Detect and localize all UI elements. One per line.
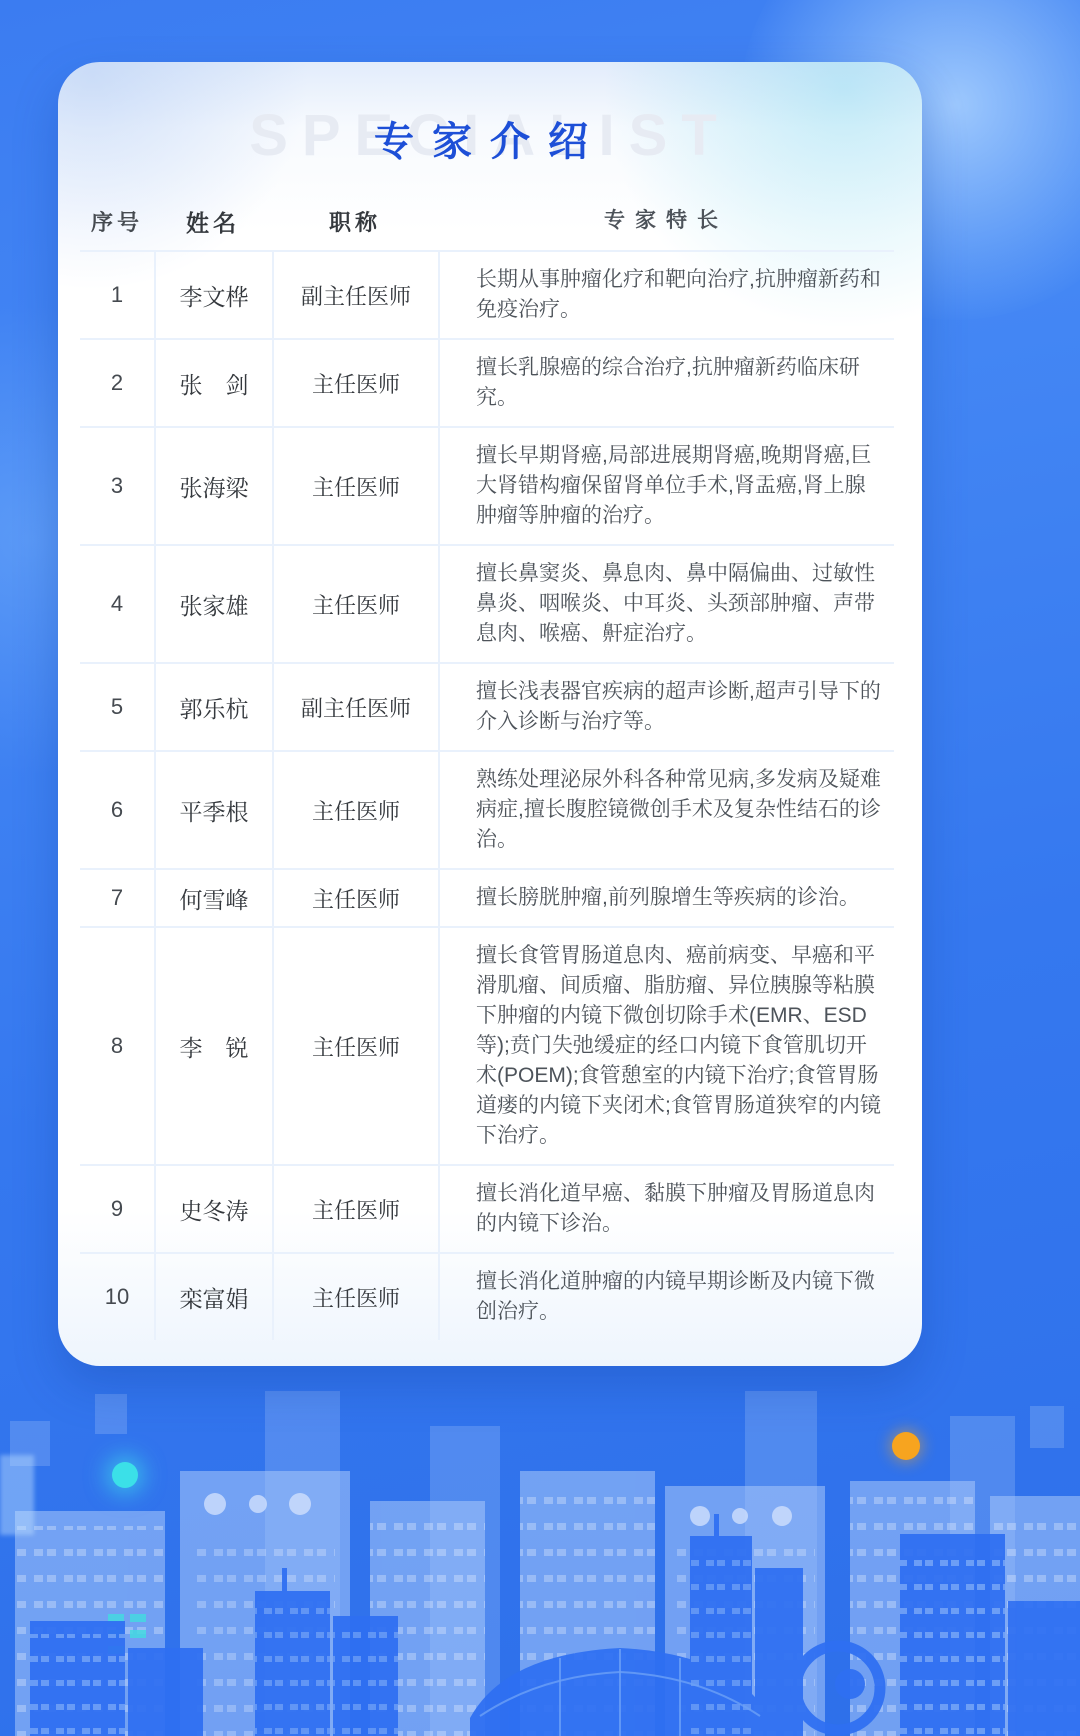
row-number: 5: [80, 664, 154, 750]
table-row: 5郭乐杭副主任医师擅长浅表器官疾病的超声诊断,超声引导下的介入诊断与治疗等。: [80, 662, 894, 750]
doctor-specialty: 擅长消化道早癌、黏膜下肿瘤及胃肠道息肉的内镜下诊治。: [438, 1166, 894, 1252]
row-number: 10: [80, 1254, 154, 1340]
doctor-title: 主任医师: [272, 340, 438, 426]
column-header-specialty: 专家特长: [438, 206, 894, 236]
doctor-specialty: 擅长鼻窦炎、鼻息肉、鼻中隔偏曲、过敏性鼻炎、咽喉炎、中耳炎、头颈部肿瘤、声带息肉…: [438, 546, 894, 662]
table-row: 8李 锐主任医师擅长食管胃肠道息肉、癌前病变、早癌和平滑肌瘤、间质瘤、脂肪瘤、异…: [80, 926, 894, 1164]
specialist-table: 序号 姓名 职称 专家特长 1李文桦副主任医师长期从事肿瘤化疗和靶向治疗,抗肿瘤…: [80, 192, 894, 1340]
doctor-title: 主任医师: [272, 546, 438, 662]
table-row: 3张海梁主任医师擅长早期肾癌,局部进展期肾癌,晚期肾癌,巨大肾错构瘤保留肾单位手…: [80, 426, 894, 544]
specialist-card: SPECIALIST 专家介绍 序号 姓名 职称 专家特长 1李文桦副主任医师长…: [58, 62, 922, 1366]
row-number: 3: [80, 428, 154, 544]
doctor-title: 主任医师: [272, 870, 438, 926]
page-title: 专家介绍: [58, 110, 922, 167]
column-header-name: 姓名: [154, 205, 272, 238]
table-row: 6平季根主任医师熟练处理泌尿外科各种常见病,多发病及疑难病症,擅长腹腔镜微创手术…: [80, 750, 894, 868]
row-number: 6: [80, 752, 154, 868]
table-header-row: 序号 姓名 职称 专家特长: [80, 192, 894, 250]
column-header-title: 职称: [272, 206, 438, 237]
table-body: 1李文桦副主任医师长期从事肿瘤化疗和靶向治疗,抗肿瘤新药和免疫治疗。2张 剑主任…: [80, 250, 894, 1340]
row-number: 8: [80, 928, 154, 1164]
orange-dot-decoration: [892, 1432, 920, 1460]
row-number: 9: [80, 1166, 154, 1252]
doctor-name: 张海梁: [154, 428, 272, 544]
table-row: 7何雪峰主任医师擅长膀胱肿瘤,前列腺增生等疾病的诊治。: [80, 868, 894, 926]
doctor-name: 张家雄: [154, 546, 272, 662]
doctor-title: 副主任医师: [272, 664, 438, 750]
row-number: 4: [80, 546, 154, 662]
row-number: 2: [80, 340, 154, 426]
table-row: 2张 剑主任医师擅长乳腺癌的综合治疗,抗肿瘤新药临床研究。: [80, 338, 894, 426]
doctor-specialty: 擅长食管胃肠道息肉、癌前病变、早癌和平滑肌瘤、间质瘤、脂肪瘤、异位胰腺等粘膜下肿…: [438, 928, 894, 1164]
doctor-specialty: 长期从事肿瘤化疗和靶向治疗,抗肿瘤新药和免疫治疗。: [438, 252, 894, 338]
doctor-title: 主任医师: [272, 1166, 438, 1252]
row-number: 7: [80, 870, 154, 926]
table-row: 10栾富娟主任医师擅长消化道肿瘤的内镜早期诊断及内镜下微创治疗。: [80, 1252, 894, 1340]
doctor-title: 副主任医师: [272, 252, 438, 338]
doctor-name: 平季根: [154, 752, 272, 868]
doctor-name: 史冬涛: [154, 1166, 272, 1252]
doctor-name: 栾富娟: [154, 1254, 272, 1340]
doctor-specialty: 擅长浅表器官疾病的超声诊断,超声引导下的介入诊断与治疗等。: [438, 664, 894, 750]
title-block: SPECIALIST 专家介绍: [58, 90, 922, 186]
doctor-name: 李 锐: [154, 928, 272, 1164]
table-row: 9史冬涛主任医师擅长消化道早癌、黏膜下肿瘤及胃肠道息肉的内镜下诊治。: [80, 1164, 894, 1252]
table-row: 4张家雄主任医师擅长鼻窦炎、鼻息肉、鼻中隔偏曲、过敏性鼻炎、咽喉炎、中耳炎、头颈…: [80, 544, 894, 662]
doctor-specialty: 擅长早期肾癌,局部进展期肾癌,晚期肾癌,巨大肾错构瘤保留肾单位手术,肾盂癌,肾上…: [438, 428, 894, 544]
doctor-name: 李文桦: [154, 252, 272, 338]
doctor-specialty: 擅长乳腺癌的综合治疗,抗肿瘤新药临床研究。: [438, 340, 894, 426]
doctor-title: 主任医师: [272, 752, 438, 868]
table-row: 1李文桦副主任医师长期从事肿瘤化疗和靶向治疗,抗肿瘤新药和免疫治疗。: [80, 250, 894, 338]
doctor-specialty: 熟练处理泌尿外科各种常见病,多发病及疑难病症,擅长腹腔镜微创手术及复杂性结石的诊…: [438, 752, 894, 868]
doctor-specialty: 擅长消化道肿瘤的内镜早期诊断及内镜下微创治疗。: [438, 1254, 894, 1340]
doctor-name: 张 剑: [154, 340, 272, 426]
doctor-title: 主任医师: [272, 928, 438, 1164]
column-header-no: 序号: [80, 206, 154, 237]
doctor-specialty: 擅长膀胱肿瘤,前列腺增生等疾病的诊治。: [438, 870, 894, 926]
doctor-title: 主任医师: [272, 428, 438, 544]
row-number: 1: [80, 252, 154, 338]
doctor-name: 郭乐杭: [154, 664, 272, 750]
doctor-name: 何雪峰: [154, 870, 272, 926]
doctor-title: 主任医师: [272, 1254, 438, 1340]
cyan-dot-decoration: [112, 1462, 138, 1488]
light-square-decoration: [0, 1455, 34, 1535]
